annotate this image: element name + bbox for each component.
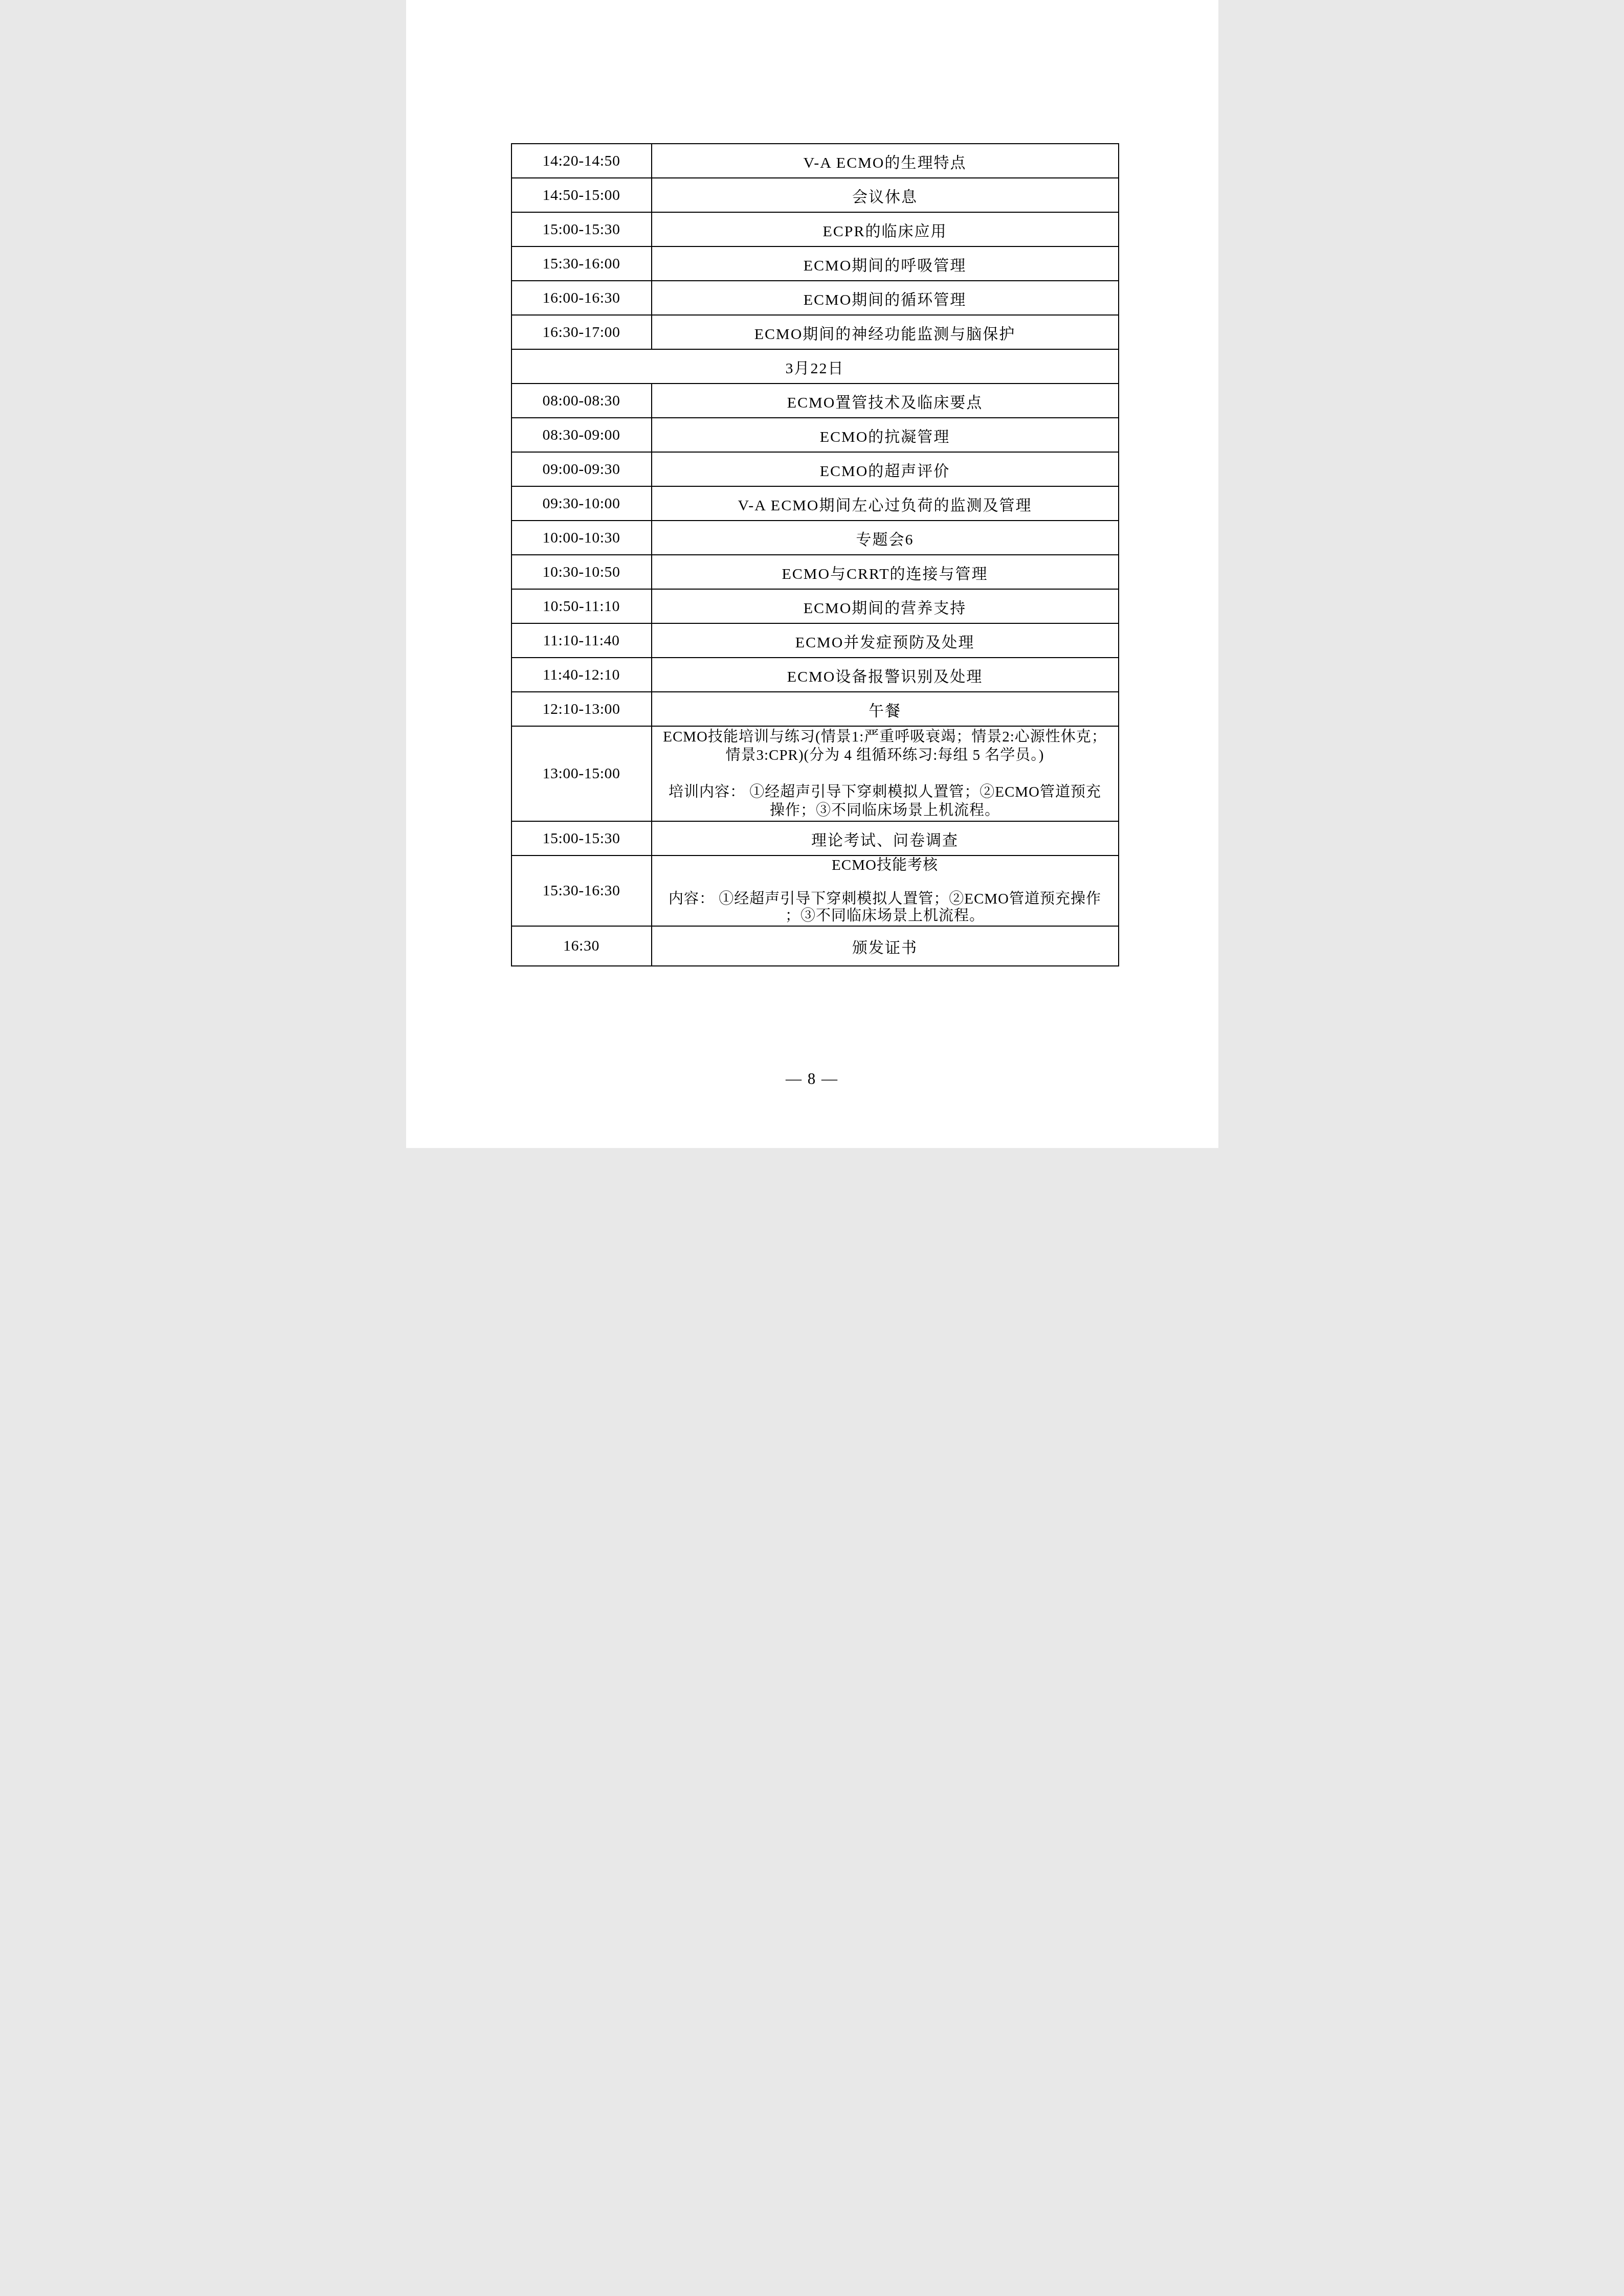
time-cell: 15:00-15:30 [511,212,652,246]
session-cell: ECMO置管技术及临床要点 [652,384,1119,418]
time-cell: 11:40-12:10 [511,658,652,692]
table-row: 14:20-14:50 V-A ECMO的生理特点 [511,144,1119,178]
content-line [658,764,1112,783]
session-cell: ECMO并发症预防及处理 [652,623,1119,658]
time-cell: 14:20-14:50 [511,144,652,178]
session-cell: ECPR的临床应用 [652,212,1119,246]
time-cell: 11:10-11:40 [511,623,652,658]
content-line: 内容： ①经超声引导下穿刺模拟人置管；②ECMO管道预充操作 [658,891,1112,908]
content-line: ；③不同临床场景上机流程。 [658,908,1112,925]
session-cell: ECMO期间的神经功能监测与脑保护 [652,315,1119,349]
table-row: 15:30-16:30 ECMO技能考核 内容： ①经超声引导下穿刺模拟人置管；… [511,856,1119,926]
table-row: 10:30-10:50 ECMO与CRRT的连接与管理 [511,555,1119,589]
table-row: 16:30-17:00 ECMO期间的神经功能监测与脑保护 [511,315,1119,349]
session-cell: ECMO期间的呼吸管理 [652,246,1119,281]
content-line: 培训内容： ①经超声引导下穿刺模拟人置管；②ECMO管道预充 [658,783,1112,801]
table-row: 09:30-10:00 V-A ECMO期间左心过负荷的监测及管理 [511,486,1119,521]
time-cell: 14:50-15:00 [511,178,652,212]
session-cell: V-A ECMO期间左心过负荷的监测及管理 [652,486,1119,521]
session-detail-cell: ECMO技能培训与练习(情景1:严重呼吸衰竭；情景2:心源性休克； 情景3:CP… [652,726,1119,821]
content-line: ECMO技能考核 [658,857,1112,874]
content-line: ECMO技能培训与练习(情景1:严重呼吸衰竭；情景2:心源性休克； [658,728,1112,746]
time-cell: 15:30-16:00 [511,246,652,281]
content-line: 操作；③不同临床场景上机流程。 [658,801,1112,820]
time-cell: 10:00-10:30 [511,521,652,555]
schedule-table: 14:20-14:50 V-A ECMO的生理特点 14:50-15:00 会议… [511,143,1119,966]
table-row: 13:00-15:00 ECMO技能培训与练习(情景1:严重呼吸衰竭；情景2:心… [511,726,1119,821]
page-number: — 8 — [406,1070,1218,1088]
table-row: 10:00-10:30 专题会6 [511,521,1119,555]
time-cell: 15:00-15:30 [511,821,652,856]
time-cell: 09:30-10:00 [511,486,652,521]
time-cell: 08:00-08:30 [511,384,652,418]
time-cell: 12:10-13:00 [511,692,652,726]
document-page: 14:20-14:50 V-A ECMO的生理特点 14:50-15:00 会议… [406,0,1218,1148]
time-cell: 13:00-15:00 [511,726,652,821]
time-cell: 16:30 [511,926,652,966]
session-cell: V-A ECMO的生理特点 [652,144,1119,178]
session-cell: 会议休息 [652,178,1119,212]
session-cell: ECMO的抗凝管理 [652,418,1119,452]
table-row: 15:00-15:30 理论考试、问卷调查 [511,821,1119,856]
table-row: 11:10-11:40 ECMO并发症预防及处理 [511,623,1119,658]
table-row: 10:50-11:10 ECMO期间的营养支持 [511,589,1119,623]
table-row: 16:00-16:30 ECMO期间的循环管理 [511,281,1119,315]
session-cell: ECMO设备报警识别及处理 [652,658,1119,692]
date-header-cell: 3月22日 [511,349,1119,384]
time-cell: 16:30-17:00 [511,315,652,349]
table-row: 15:00-15:30 ECPR的临床应用 [511,212,1119,246]
table-row: 08:00-08:30 ECMO置管技术及临床要点 [511,384,1119,418]
table-row: 14:50-15:00 会议休息 [511,178,1119,212]
content-line [658,874,1112,891]
session-cell: ECMO期间的循环管理 [652,281,1119,315]
date-header-row: 3月22日 [511,349,1119,384]
table-row: 09:00-09:30 ECMO的超声评价 [511,452,1119,486]
session-cell: 颁发证书 [652,926,1119,966]
time-cell: 10:50-11:10 [511,589,652,623]
session-cell: ECMO期间的营养支持 [652,589,1119,623]
session-cell: ECMO的超声评价 [652,452,1119,486]
session-cell: ECMO与CRRT的连接与管理 [652,555,1119,589]
table-row: 15:30-16:00 ECMO期间的呼吸管理 [511,246,1119,281]
time-cell: 09:00-09:30 [511,452,652,486]
time-cell: 15:30-16:30 [511,856,652,926]
table-row: 12:10-13:00 午餐 [511,692,1119,726]
session-detail-cell: ECMO技能考核 内容： ①经超声引导下穿刺模拟人置管；②ECMO管道预充操作 … [652,856,1119,926]
table-row: 11:40-12:10 ECMO设备报警识别及处理 [511,658,1119,692]
session-cell: 专题会6 [652,521,1119,555]
table-row: 08:30-09:00 ECMO的抗凝管理 [511,418,1119,452]
session-cell: 午餐 [652,692,1119,726]
table-row: 16:30 颁发证书 [511,926,1119,966]
time-cell: 16:00-16:30 [511,281,652,315]
content-line: 情景3:CPR)(分为 4 组循环练习:每组 5 名学员。) [658,746,1112,764]
session-cell: 理论考试、问卷调查 [652,821,1119,856]
time-cell: 10:30-10:50 [511,555,652,589]
time-cell: 08:30-09:00 [511,418,652,452]
